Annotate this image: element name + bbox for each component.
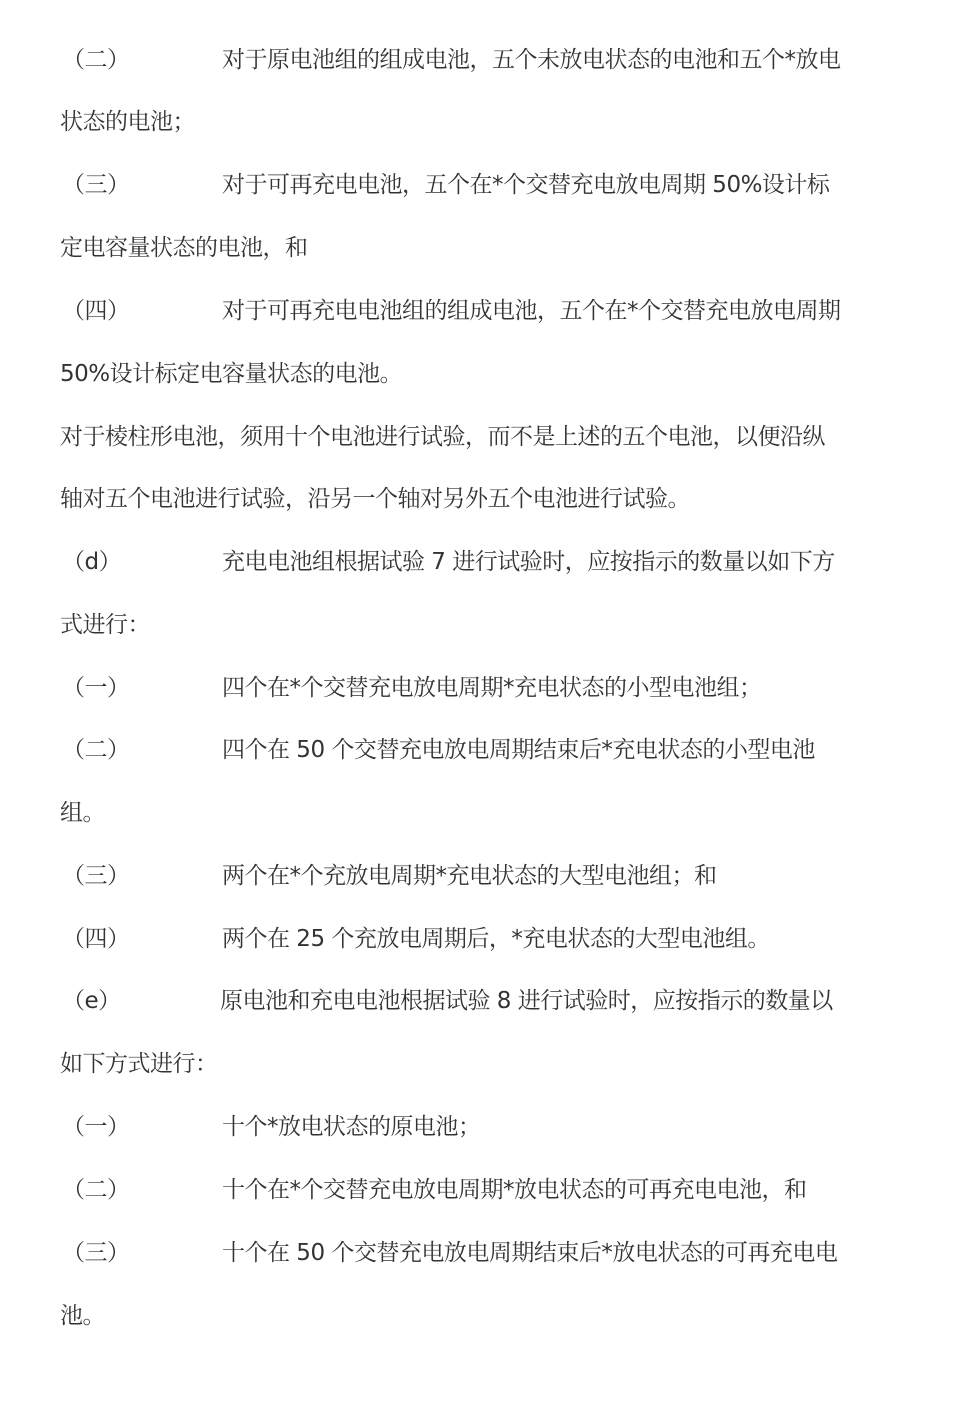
item-text: 对于原电池组的组成电池，五个未放电状态的电池和五个*放电 xyxy=(222,40,841,80)
paragraph-line: 组。 xyxy=(60,793,105,833)
item-label: （一） xyxy=(62,1107,130,1147)
paragraph-line: 式进行： xyxy=(60,605,150,645)
line-text: 式进行： xyxy=(60,612,150,638)
item-label: （三） xyxy=(62,1233,130,1273)
item-text: 充电电池组根据试验 7 进行试验时，应按指示的数量以如下方 xyxy=(222,542,835,582)
item-label: （d） xyxy=(62,542,121,582)
line-text: 定电容量状态的电池，和 xyxy=(60,235,308,261)
item-text: 对于可再充电电池，五个在*个交替充电放电周期 50%设计标 xyxy=(222,165,829,205)
line-text: 50%设计标定电容量状态的电池。 xyxy=(60,361,402,387)
item-text: 十个*放电状态的原电池； xyxy=(222,1107,481,1147)
paragraph-line: 如下方式进行： xyxy=(60,1044,218,1084)
item-text: 十个在*个交替充电放电周期*放电状态的可再充电电池，和 xyxy=(222,1170,807,1210)
item-label: （四） xyxy=(62,919,130,959)
item-text: 四个在*个交替充电放电周期*充电状态的小型电池组； xyxy=(222,668,762,708)
item-text: 十个在 50 个交替充电放电周期结束后*放电状态的可再充电电 xyxy=(222,1233,837,1273)
line-text: 轴对五个电池进行试验，沿另一个轴对另外五个电池进行试验。 xyxy=(60,486,690,512)
paragraph-line: 对于棱柱形电池，须用十个电池进行试验，而不是上述的五个电池，以便沿纵 xyxy=(60,417,825,457)
paragraph-line: 轴对五个电池进行试验，沿另一个轴对另外五个电池进行试验。 xyxy=(60,479,690,519)
item-label: （二） xyxy=(62,40,130,80)
item-label: （二） xyxy=(62,1170,130,1210)
document-page: （二） 对于原电池组的组成电池，五个未放电状态的电池和五个*放电 状态的电池； … xyxy=(0,0,957,1406)
item-label: （e） xyxy=(62,981,121,1021)
item-label: （三） xyxy=(62,165,130,205)
item-text: 四个在 50 个交替充电放电周期结束后*充电状态的小型电池 xyxy=(222,730,815,770)
item-label: （三） xyxy=(62,856,130,896)
line-text: 组。 xyxy=(60,800,105,826)
line-text: 对于棱柱形电池，须用十个电池进行试验，而不是上述的五个电池，以便沿纵 xyxy=(60,424,825,450)
item-text: 原电池和充电电池根据试验 8 进行试验时，应按指示的数量以 xyxy=(220,981,833,1021)
paragraph-line: 状态的电池； xyxy=(60,102,195,142)
item-label: （四） xyxy=(62,291,130,331)
line-text: 池。 xyxy=(60,1303,105,1329)
item-text: 两个在*个充放电周期*充电状态的大型电池组；和 xyxy=(222,856,717,896)
line-text: 如下方式进行： xyxy=(60,1051,218,1077)
item-text: 对于可再充电电池组的组成电池，五个在*个交替充电放电周期 xyxy=(222,291,841,331)
paragraph-line: 50%设计标定电容量状态的电池。 xyxy=(60,354,402,394)
item-label: （二） xyxy=(62,730,130,770)
item-text: 两个在 25 个充放电周期后，*充电状态的大型电池组。 xyxy=(222,919,770,959)
paragraph-line: 池。 xyxy=(60,1296,105,1336)
item-label: （一） xyxy=(62,668,130,708)
paragraph-line: 定电容量状态的电池，和 xyxy=(60,228,308,268)
line-text: 状态的电池； xyxy=(60,109,195,135)
